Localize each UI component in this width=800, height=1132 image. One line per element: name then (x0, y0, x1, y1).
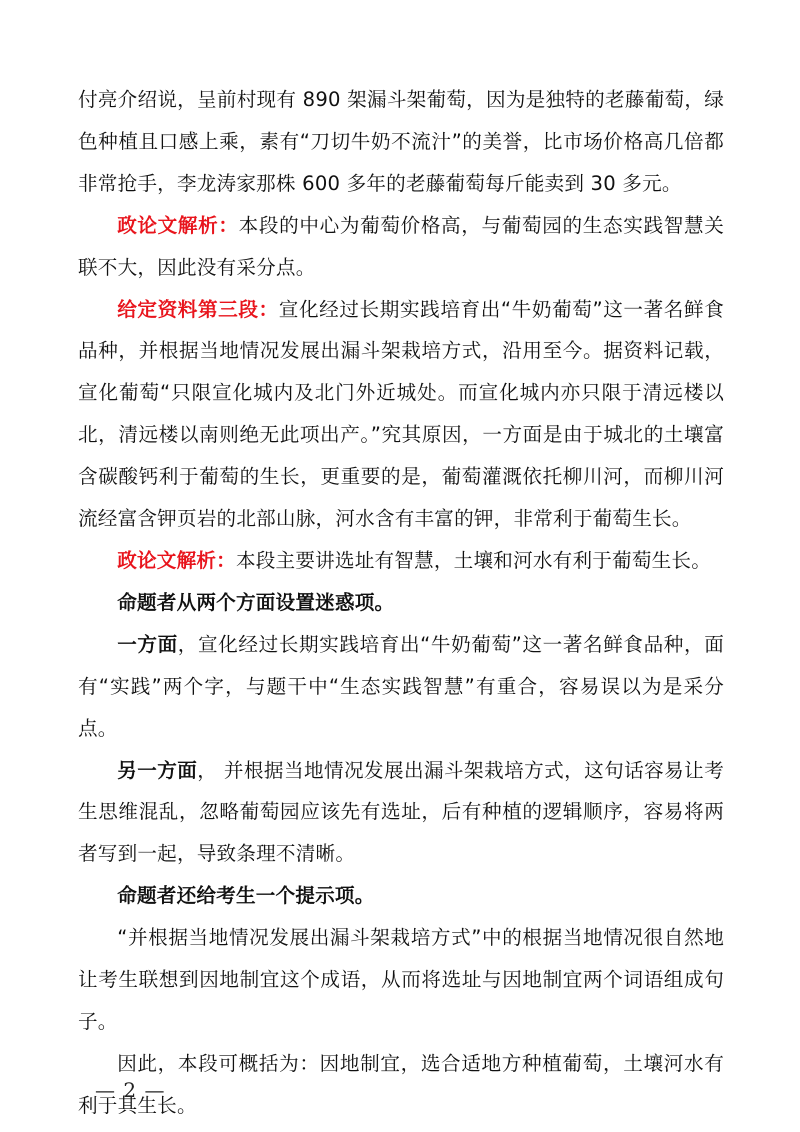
paragraph-text: 本段主要讲选址有智慧，土壤和河水有利于葡萄生长。 (236, 549, 711, 572)
paragraph-text: 付亮介绍说，呈前村现有 890 架漏斗架葡萄，因为是独特的老藤葡萄，绿色种植且口… (78, 88, 724, 195)
page-number: — 2 — (95, 1078, 165, 1102)
paragraph-text: 宣化经过长期实践培育出“牛奶葡萄”这一著名鲜食品种，并根据当地情况发展出漏斗架栽… (78, 298, 724, 531)
paragraph-intro: 付亮介绍说，呈前村现有 890 架漏斗架葡萄，因为是独特的老藤葡萄，绿色种植且口… (78, 79, 724, 205)
paragraph-hint: “并根据当地情况发展出漏斗架栽培方式”中的根据当地情况很自然地让考生联想到因地制… (78, 917, 724, 1043)
document-body: 付亮介绍说，呈前村现有 890 架漏斗架葡萄，因为是独特的老藤葡萄，绿色种植且口… (78, 79, 724, 1127)
paragraph-analysis-2: 政论文解析：本段主要讲选址有智慧，土壤和河水有利于葡萄生长。 (78, 540, 724, 582)
paragraph-text: 因此，本段可概括为：因地制宜，选合适地方种植葡萄，土壤河水有利于其生长。 (78, 1052, 724, 1117)
bold-heading: 命题者从两个方面设置迷惑项。 (117, 591, 394, 614)
bold-lead: 一方面 (117, 633, 178, 656)
paragraph-distractor-heading: 命题者从两个方面设置迷惑项。 (78, 582, 724, 624)
paragraph-material-3: 给定资料第三段：宣化经过长期实践培育出“牛奶葡萄”这一著名鲜食品种，并根据当地情… (78, 289, 724, 540)
paragraph-hint-heading: 命题者还给考生一个提示项。 (78, 875, 724, 917)
bold-heading: 命题者还给考生一个提示项。 (117, 884, 374, 907)
paragraph-summary: 因此，本段可概括为：因地制宜，选合适地方种植葡萄，土壤河水有利于其生长。 (78, 1043, 724, 1127)
paragraph-analysis-1: 政论文解析：本段的中心为葡萄价格高，与葡萄园的生态实践智慧关联不大，因此没有采分… (78, 205, 724, 289)
paragraph-text: “并根据当地情况发展出漏斗架栽培方式”中的根据当地情况很自然地让考生联想到因地制… (78, 926, 724, 1033)
analysis-label: 政论文解析： (117, 214, 238, 237)
paragraph-other-aspect: 另一方面， 并根据当地情况发展出漏斗架栽培方式，这句话容易让考生思维混乱，忽略葡… (78, 750, 724, 876)
analysis-label: 政论文解析： (117, 549, 236, 572)
paragraph-one-aspect: 一方面，宣化经过长期实践培育出“牛奶葡萄”这一著名鲜食品种，面有“实践”两个字，… (78, 624, 724, 750)
bold-lead: 另一方面 (117, 759, 197, 782)
material-label: 给定资料第三段： (117, 298, 279, 321)
